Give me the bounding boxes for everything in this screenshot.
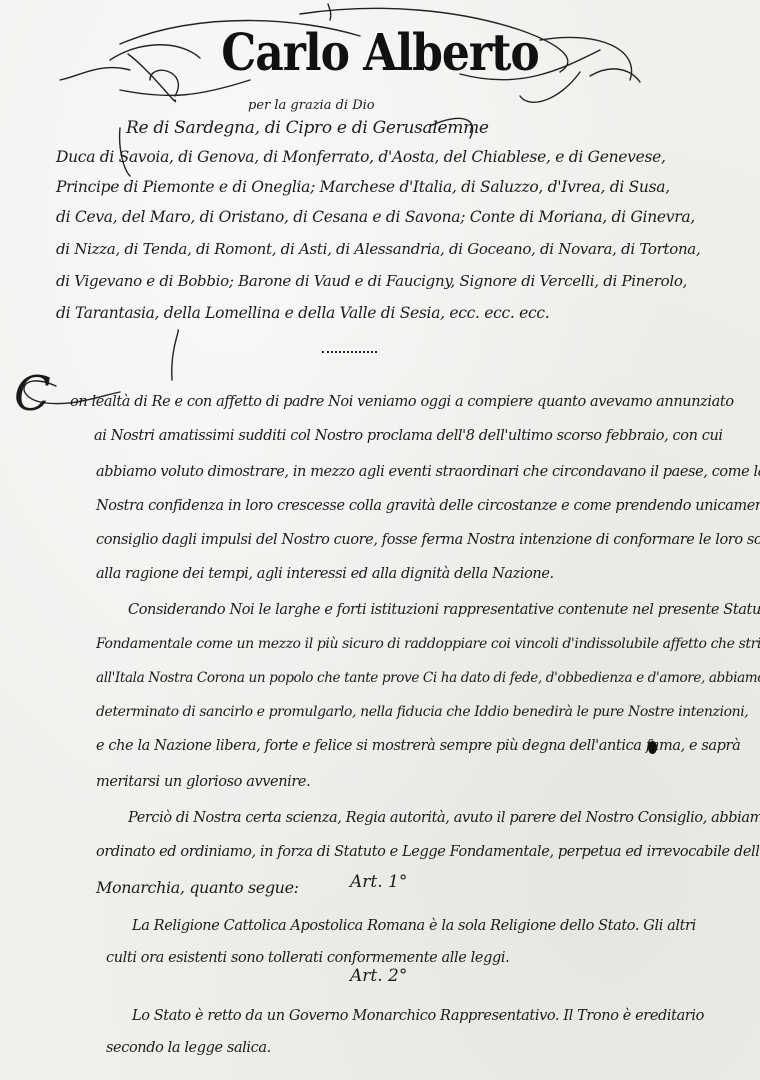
article-1-line: culti ora esistenti sono tollerati confo… (106, 950, 509, 966)
intitulation-line: di Nizza, di Tenda, di Romont, di Asti, … (56, 240, 700, 258)
article-2-line: secondo la legge salica. (106, 1040, 271, 1056)
document-title: Carlo Alberto (190, 24, 570, 83)
preamble-line: all'Itala Nostra Corona un popolo che ta… (96, 670, 760, 686)
article-2-line: Lo Stato è retto da un Governo Monarchic… (132, 1008, 704, 1024)
intitulation-line: di Vigevano e di Bobbio; Barone di Vaud … (56, 272, 687, 290)
preamble-line: Considerando Noi le larghe e forti istit… (128, 602, 760, 618)
article-1-heading: Art. 1° (350, 872, 407, 892)
preamble-initial: C (14, 366, 51, 422)
document-subtitle: per la grazia di Dio (248, 98, 375, 113)
preamble-line: Fondamentale come un mezzo il più sicuro… (96, 636, 760, 652)
ink-blot (648, 741, 657, 754)
preamble-line: meritarsi un glorioso avvenire. (96, 774, 310, 790)
preamble-line: alla ragione dei tempi, agli interessi e… (96, 566, 554, 582)
intitulation-line: Re di Sardegna, di Cipro e di Gerusalemm… (126, 118, 489, 138)
preamble-line: ordinato ed ordiniamo, in forza di Statu… (96, 844, 760, 860)
preamble-line: determinato di sancirlo e promulgarlo, n… (96, 704, 748, 720)
preamble-line: Perciò di Nostra certa scienza, Regia au… (128, 810, 760, 826)
intitulation-line: Duca di Savoia, di Genova, di Monferrato… (56, 148, 666, 166)
preamble-line: consiglio dagli impulsi del Nostro cuore… (96, 532, 760, 548)
preamble-line: on lealtà di Re e con affetto di padre N… (70, 394, 734, 410)
intitulation-line: Principe di Piemonte e di Oneglia; March… (56, 178, 670, 196)
preamble-line: Monarchia, quanto segue: (96, 878, 299, 897)
preamble-line: Nostra confidenza in loro crescesse coll… (96, 498, 760, 514)
article-2-heading: Art. 2° (350, 966, 407, 986)
intitulation-line: di Ceva, del Maro, di Oristano, di Cesan… (56, 208, 695, 226)
ornamental-divider (322, 351, 377, 357)
manuscript-page: Carlo Alberto per la grazia di Dio Re di… (0, 0, 760, 1080)
preamble-line: abbiamo voluto dimostrare, in mezzo agli… (96, 464, 760, 480)
preamble-line: e che la Nazione libera, forte e felice … (96, 738, 740, 754)
intitulation-line: di Tarantasia, della Lomellina e della V… (56, 304, 549, 322)
preamble-line: ai Nostri amatissimi sudditi col Nostro … (94, 428, 723, 444)
article-1-line: La Religione Cattolica Apostolica Romana… (132, 918, 696, 934)
